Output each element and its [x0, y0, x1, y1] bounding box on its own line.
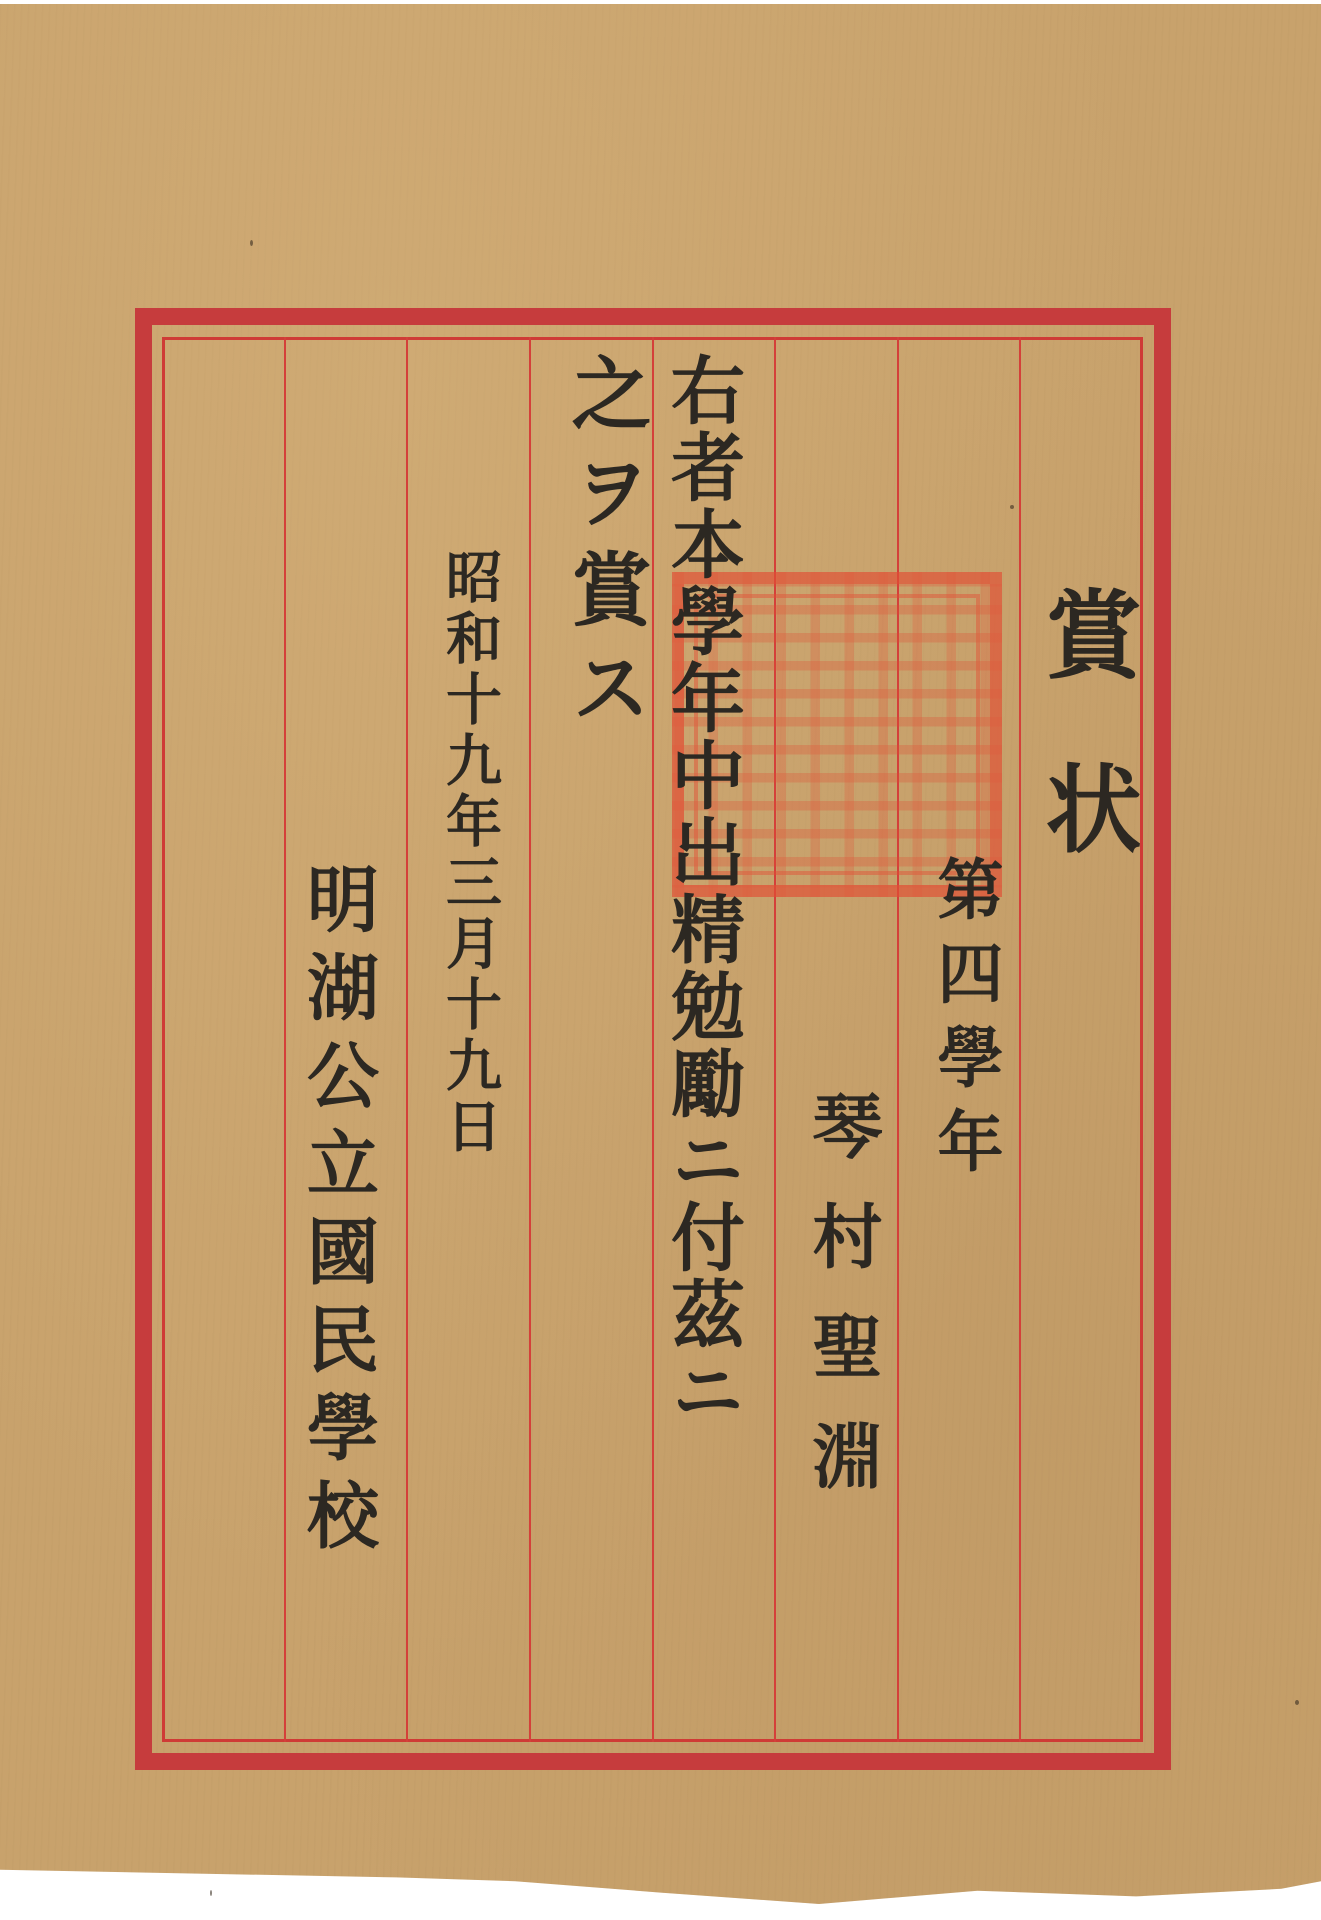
issue-date: 昭和十九年三月十九日 [430, 548, 510, 1158]
paper-fleck [250, 240, 253, 246]
column-rule [897, 337, 899, 1742]
column-rule [1019, 337, 1021, 1742]
citation-text-line-1: 右者本學年中出精勉勵ニ付茲ニ [665, 352, 739, 1430]
certificate-title: 賞状 [1018, 585, 1155, 933]
grade-label: 第四學年 [918, 855, 1013, 1191]
column-rule [529, 337, 531, 1742]
issuing-school: 明湖公立國民學校 [285, 862, 389, 1566]
paper-fleck [210, 1890, 212, 1896]
column-rule [406, 337, 408, 1742]
paper-fleck [1295, 1700, 1299, 1705]
recipient-name: 琴村聖淵 [792, 1090, 893, 1530]
column-rule [774, 337, 776, 1742]
paper-fleck [1010, 505, 1014, 509]
citation-text-line-2: 之ヲ賞ス [548, 352, 663, 744]
